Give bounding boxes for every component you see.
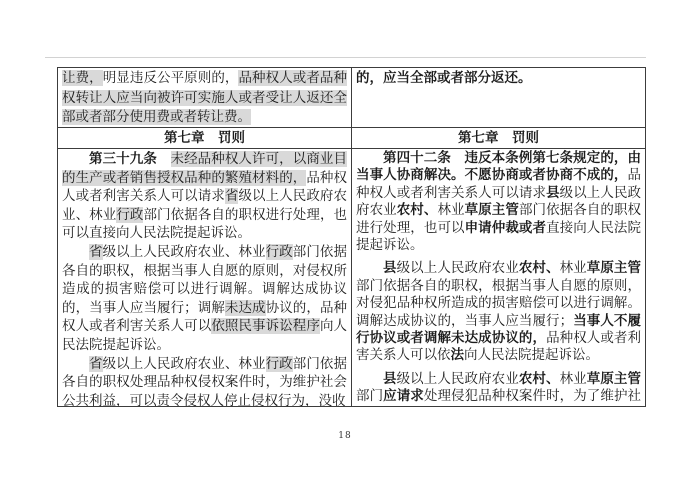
cell-new-text-continued: 的，应当全部或者部分返还。	[352, 68, 646, 128]
chapter-header-new: 第七章 罚则	[352, 128, 645, 148]
page-number: 18	[0, 431, 690, 441]
article-39-old-text: 第三十九条 未经品种权人许可，以商业目的生产或者销售授权品种的繁殖材料的，品种权…	[58, 149, 351, 406]
cell-chapter-header-old: 第七章 罚则	[58, 128, 352, 149]
document-page: 让费，明显违反公平原则的，品种权人或者品种权转让人应当向被许可实施人或者受让人返…	[0, 0, 690, 487]
table-row: 让费，明显违反公平原则的，品种权人或者品种权转让人应当向被许可实施人或者受让人返…	[58, 68, 646, 128]
comparison-table: 让费，明显违反公平原则的，品种权人或者品种权转让人应当向被许可实施人或者受让人返…	[57, 67, 646, 407]
cell-chapter-header-new: 第七章 罚则	[352, 128, 646, 149]
article-42-new-text: 第四十二条 违反本条例第七条规定的，由当事人协商解决。不愿协商或者协商不成的，品…	[352, 149, 645, 406]
cell-article-39-old: 第三十九条 未经品种权人许可，以商业目的生产或者销售授权品种的繁殖材料的，品种权…	[58, 149, 352, 407]
new-text-continued: 的，应当全部或者部分返还。	[352, 68, 645, 127]
cell-old-text-continued: 让费，明显违反公平原则的，品种权人或者品种权转让人应当向被许可实施人或者受让人返…	[58, 68, 352, 128]
table-row: 第三十九条 未经品种权人许可，以商业目的生产或者销售授权品种的繁殖材料的，品种权…	[58, 149, 646, 407]
old-text-continued: 让费，明显违反公平原则的，品种权人或者品种权转让人应当向被许可实施人或者受让人返…	[58, 68, 351, 127]
table-row: 第七章 罚则 第七章 罚则	[58, 128, 646, 149]
table-continuation-rule	[45, 57, 646, 58]
cell-article-42-new: 第四十二条 违反本条例第七条规定的，由当事人协商解决。不愿协商或者协商不成的，品…	[352, 149, 646, 407]
chapter-header-old: 第七章 罚则	[58, 128, 351, 148]
